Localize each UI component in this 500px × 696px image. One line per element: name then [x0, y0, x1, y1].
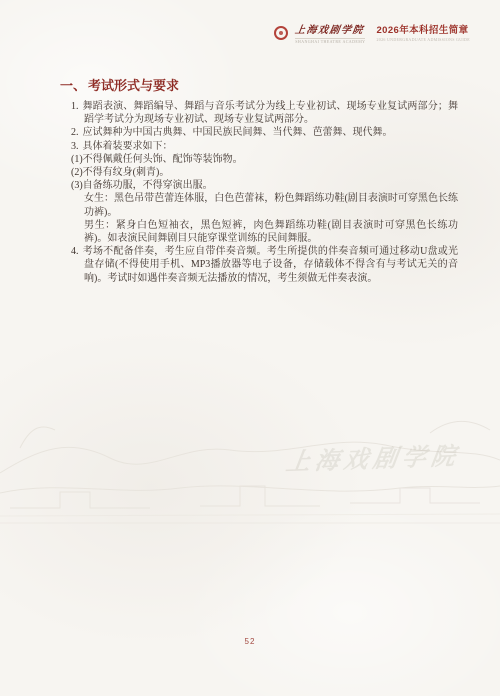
- list-item-text: 舞蹈表演、舞蹈编导、舞蹈与音乐考试分为线上专业初试、现场专业复试两部分；舞蹈学考…: [83, 101, 459, 125]
- list-item: (2)不得有纹身(刺青)。: [71, 166, 458, 179]
- list-item-text: 自备练功服，不得穿演出服。: [83, 180, 213, 191]
- page-header: 上海戏剧学院 SHANGHAI THEATRE ACADEMY 2026年本科招…: [274, 25, 470, 44]
- university-logotype-block: 上海戏剧学院 SHANGHAI THEATRE ACADEMY: [295, 25, 365, 44]
- list-item-marker: 2.: [71, 127, 79, 138]
- list-item-marker: 3.: [71, 141, 79, 152]
- list-item: 4.考场不配备伴奏，考生应自带伴奏音频。考生所提供的伴奏音频可通过移动U盘或光盘…: [71, 245, 458, 285]
- page-number: 52: [0, 637, 500, 646]
- brochure-title-english: 2026 UNDERGRADUATE ADMISSIONS GUIDE: [376, 38, 470, 42]
- list-item: 3.具体着装要求如下：: [71, 140, 458, 153]
- list-item-text: 不得佩戴任何头饰、配饰等装饰物。: [83, 154, 243, 165]
- list-item-text: 应试舞种为中国古典舞、中国民族民间舞、当代舞、芭蕾舞、现代舞。: [83, 127, 393, 138]
- list-item-text: 男生：紧身白色短袖衣，黑色短裤，肉色舞蹈练功鞋(剧目表演时可穿黑色长练功裤)。如…: [84, 220, 458, 244]
- list-item: 1.舞蹈表演、舞蹈编导、舞蹈与音乐考试分为线上专业初试、现场专业复试两部分；舞蹈…: [71, 100, 458, 126]
- requirements-list: 1.舞蹈表演、舞蹈编导、舞蹈与音乐考试分为线上专业初试、现场专业复试两部分；舞蹈…: [71, 100, 458, 285]
- calligraphy-watermark: 上海戏剧学院: [284, 444, 462, 476]
- document-body: 一、 考试形式与要求 1.舞蹈表演、舞蹈编导、舞蹈与音乐考试分为线上专业初试、现…: [60, 78, 458, 285]
- brochure-title-block: 2026年本科招生简章 2026 UNDERGRADUATE ADMISSION…: [376, 25, 470, 42]
- brochure-page: 上海戏剧学院 SHANGHAI THEATRE ACADEMY 2026年本科招…: [0, 0, 500, 696]
- list-item: 男生：紧身白色短袖衣，黑色短裤，肉色舞蹈练功鞋(剧目表演时可穿黑色长练功裤)。如…: [71, 219, 458, 245]
- list-item: (1)不得佩戴任何头饰、配饰等装饰物。: [71, 153, 458, 166]
- list-item: 女生：黑色吊带芭蕾连体服，白色芭蕾袜，粉色舞蹈练功鞋(剧目表演时可穿黑色长练功裤…: [71, 192, 458, 218]
- list-item-marker: 1.: [71, 101, 79, 112]
- list-item: (3)自备练功服，不得穿演出服。: [71, 179, 458, 192]
- section-title: 考试形式与要求: [88, 78, 179, 93]
- university-seal-icon: [274, 26, 288, 40]
- list-item-marker: (2): [71, 167, 83, 178]
- university-logotype: 上海戏剧学院: [295, 25, 366, 36]
- brochure-title: 2026年本科招生简章: [376, 25, 468, 36]
- university-logotype-english: SHANGHAI THEATRE ACADEMY: [295, 38, 365, 44]
- list-item-marker: 4.: [71, 246, 79, 257]
- list-item-text: 具体着装要求如下：: [83, 141, 173, 152]
- section-heading: 一、 考试形式与要求: [60, 78, 458, 93]
- list-item-marker: (3): [71, 180, 83, 191]
- list-item-text: 女生：黑色吊带芭蕾连体服，白色芭蕾袜，粉色舞蹈练功鞋(剧目表演时可穿黑色长练功裤…: [84, 193, 458, 217]
- list-item-text: 不得有纹身(刺青)。: [83, 167, 170, 178]
- background-sketch-watermark: [0, 388, 500, 538]
- section-number: 一、: [60, 78, 88, 93]
- list-item-marker: (1): [71, 154, 83, 165]
- list-item: 2.应试舞种为中国古典舞、中国民族民间舞、当代舞、芭蕾舞、现代舞。: [71, 126, 458, 139]
- list-item-text: 考场不配备伴奏，考生应自带伴奏音频。考生所提供的伴奏音频可通过移动U盘或光盘存储…: [83, 246, 459, 283]
